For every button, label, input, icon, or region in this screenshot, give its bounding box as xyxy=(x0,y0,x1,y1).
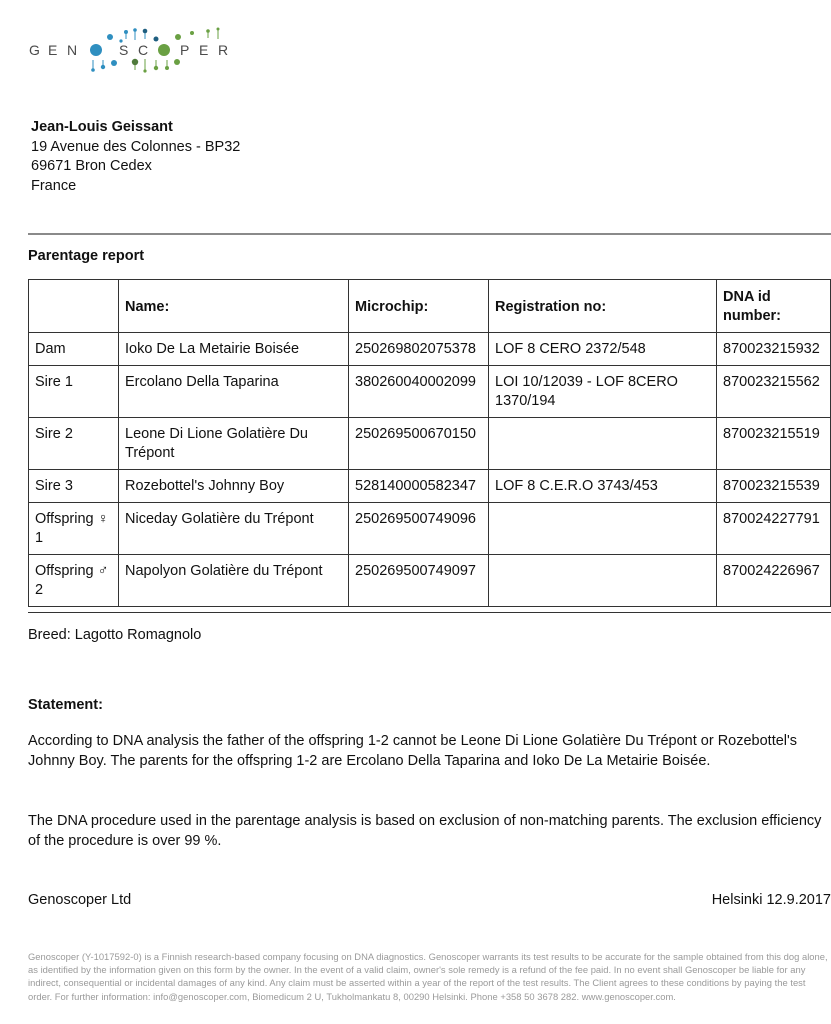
cell-name: Napolyon Golatière du Trépont xyxy=(119,555,349,607)
address-line-2: 69671 Bron Cedex xyxy=(31,157,240,177)
cell-dna-id: 870023215539 xyxy=(717,470,831,503)
cell-registration xyxy=(489,503,717,555)
cell-microchip: 528140000582347 xyxy=(349,470,489,503)
statement-title: Statement: xyxy=(28,697,103,713)
svg-text:E: E xyxy=(48,42,57,58)
column-header-microchip: Microchip: xyxy=(349,280,489,333)
breed-text: Breed: Lagotto Romagnolo xyxy=(28,626,828,646)
cell-microchip: 250269500749097 xyxy=(349,555,489,607)
recipient-name: Jean-Louis Geissant xyxy=(31,118,240,138)
cell-registration xyxy=(489,418,717,470)
cell-registration: LOF 8 CERO 2372/548 xyxy=(489,333,717,366)
cell-name: Leone Di Lione Golatière Du Trépont xyxy=(119,418,349,470)
cell-role: Dam xyxy=(29,333,119,366)
cell-microchip: 250269500749096 xyxy=(349,503,489,555)
cell-dna-id: 870023215519 xyxy=(717,418,831,470)
divider-below-table xyxy=(28,612,831,613)
table-header-row: Name: Microchip: Registration no: DNA id… xyxy=(29,280,831,333)
svg-text:N: N xyxy=(67,42,77,58)
cell-microchip: 250269802075378 xyxy=(349,333,489,366)
cell-role: Sire 1 xyxy=(29,366,119,418)
dna-helix-logo-icon: G E N S C P E R xyxy=(28,26,238,76)
cell-name: Ercolano Della Taparina xyxy=(119,366,349,418)
column-header-dna-id: DNA id number: xyxy=(717,280,831,333)
cell-name: Rozebottel's Johnny Boy xyxy=(119,470,349,503)
cell-registration: LOI 10/12039 - LOF 8CERO 1370/194 xyxy=(489,366,717,418)
cell-registration: LOF 8 C.E.R.O 3743/453 xyxy=(489,470,717,503)
table-row-sire-1: Sire 1 Ercolano Della Taparina 380260040… xyxy=(29,366,831,418)
cell-name: Ioko De La Metairie Boisée xyxy=(119,333,349,366)
svg-text:C: C xyxy=(138,42,148,58)
table-row-offspring-2: Offspring ♂ 2 Napolyon Golatière du Trép… xyxy=(29,555,831,607)
report-title: Parentage report xyxy=(28,248,144,264)
statement-paragraph-1: According to DNA analysis the father of … xyxy=(28,732,828,771)
table-row-sire-3: Sire 3 Rozebottel's Johnny Boy 528140000… xyxy=(29,470,831,503)
cell-microchip: 380260040002099 xyxy=(349,366,489,418)
cell-registration xyxy=(489,555,717,607)
cell-dna-id: 870023215562 xyxy=(717,366,831,418)
svg-text:E: E xyxy=(199,42,208,58)
legal-disclaimer: Genoscoper (Y-1017592-0) is a Finnish re… xyxy=(28,950,828,1003)
table-row-dam: Dam Ioko De La Metairie Boisée 250269802… xyxy=(29,333,831,366)
svg-text:P: P xyxy=(180,42,189,58)
svg-text:R: R xyxy=(218,42,228,58)
signature-company: Genoscoper Ltd xyxy=(28,891,131,911)
cell-role: Offspring ♀ 1 xyxy=(29,503,119,555)
cell-dna-id: 870024227791 xyxy=(717,503,831,555)
cell-microchip: 250269500670150 xyxy=(349,418,489,470)
cell-role: Sire 2 xyxy=(29,418,119,470)
address-line-1: 19 Avenue des Colonnes - BP32 xyxy=(31,138,240,158)
svg-text:S: S xyxy=(119,42,128,58)
parentage-table: Name: Microchip: Registration no: DNA id… xyxy=(28,279,831,607)
column-header-name: Name: xyxy=(119,280,349,333)
table-row-offspring-1: Offspring ♀ 1 Niceday Golatière du Trépo… xyxy=(29,503,831,555)
cell-role: Offspring ♂ 2 xyxy=(29,555,119,607)
svg-text:G: G xyxy=(29,42,40,58)
table-row-sire-2: Sire 2 Leone Di Lione Golatière Du Trépo… xyxy=(29,418,831,470)
address-country: France xyxy=(31,177,240,197)
cell-role: Sire 3 xyxy=(29,470,119,503)
column-header-registration: Registration no: xyxy=(489,280,717,333)
statement-paragraph-2: The DNA procedure used in the parentage … xyxy=(28,812,828,851)
column-header-role xyxy=(29,280,119,333)
genoscoper-logo: G E N S C P E R xyxy=(28,26,238,76)
cell-dna-id: 870023215932 xyxy=(717,333,831,366)
divider-top xyxy=(28,233,831,235)
signature-place-date: Helsinki 12.9.2017 xyxy=(712,891,831,911)
cell-dna-id: 870024226967 xyxy=(717,555,831,607)
cell-name: Niceday Golatière du Trépont xyxy=(119,503,349,555)
recipient-address: Jean-Louis Geissant 19 Avenue des Colonn… xyxy=(31,118,240,196)
